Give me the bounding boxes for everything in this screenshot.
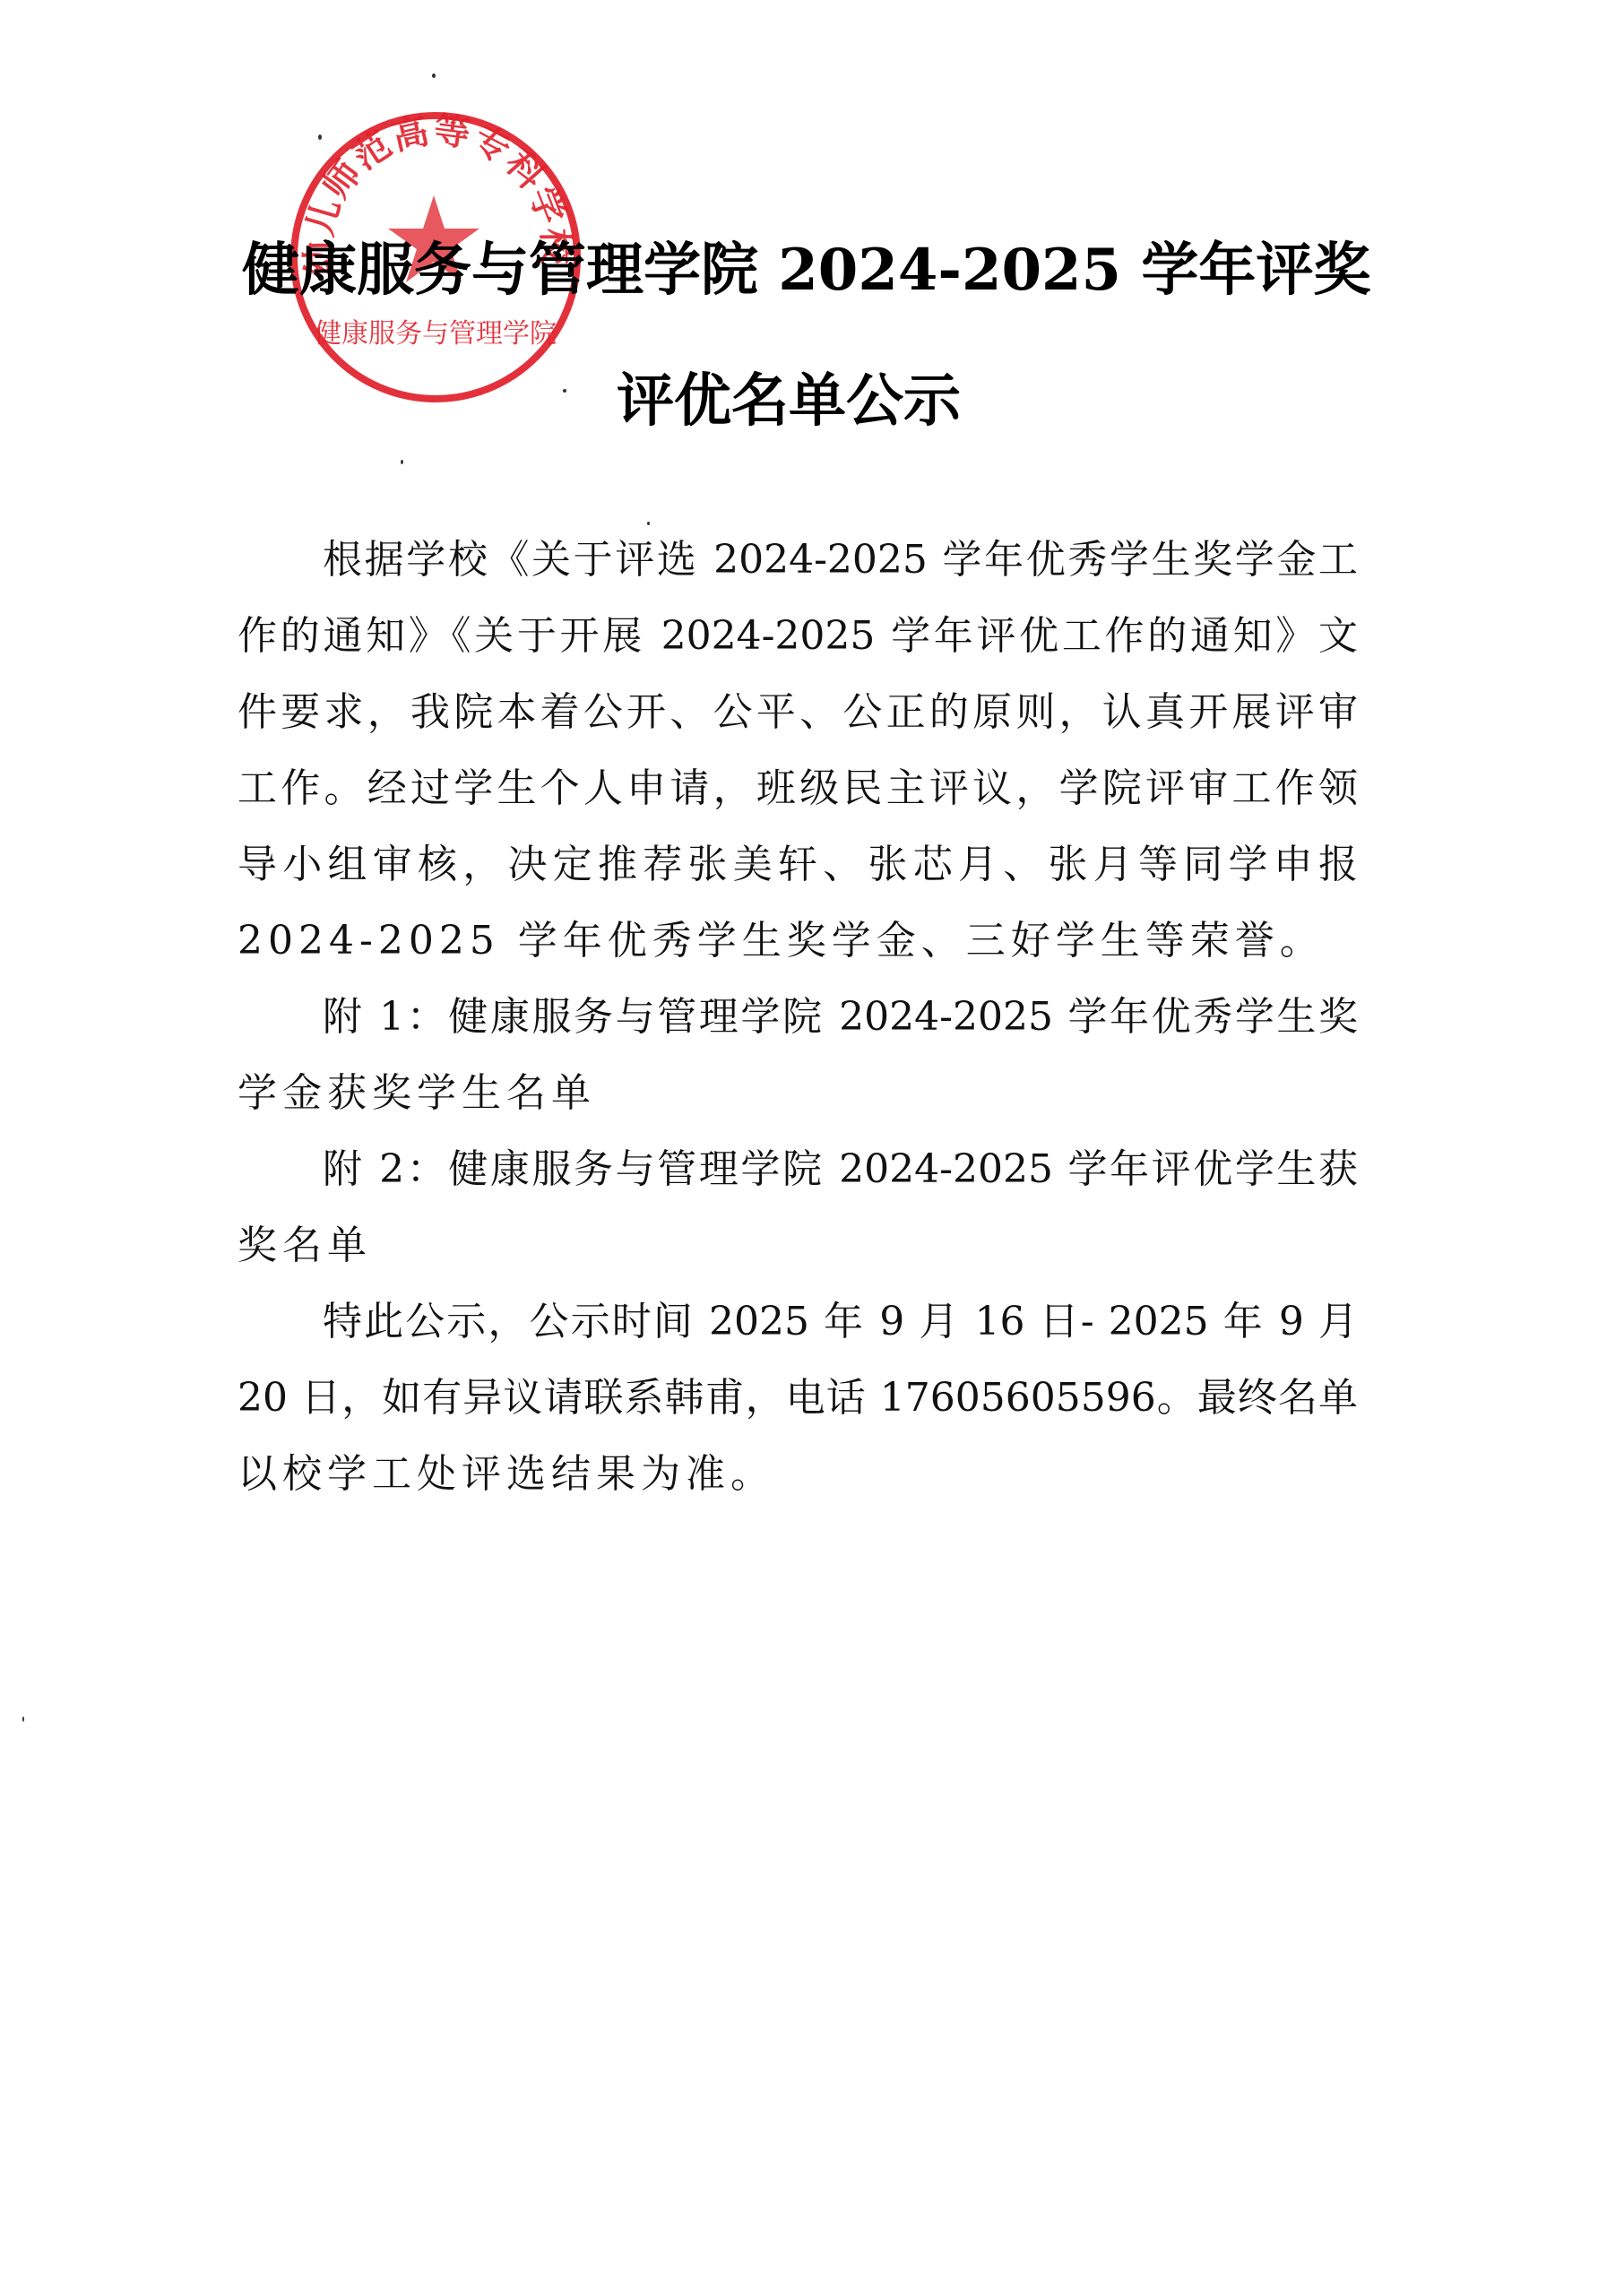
attachment-2-line: 附 2：健康服务与管理学院 2024-2025 学年评优学生获 (323, 1131, 1358, 1207)
body-paragraph-line: 工作。经过学生个人申请，班级民主评议，学院评审工作领 (238, 750, 1358, 826)
scan-speck (647, 522, 650, 525)
body-paragraph-line: 2024-2025 学年优秀学生奖学金、三好学生等荣誉。 (238, 903, 1358, 979)
body-paragraph-line: 导小组审核，决定推荐张美轩、张芯月、张月等同学申报 (238, 826, 1358, 903)
body-paragraph-line: 件要求，我院本着公开、公平、公正的原则，认真开展评审 (238, 674, 1358, 750)
attachment-1-line: 学金获奖学生名单 (238, 1055, 1358, 1131)
scan-speck (22, 1716, 24, 1722)
page-title-line-1: 健康服务与管理学院 2024-2025 学年评奖 (242, 235, 1355, 307)
body-paragraph-line: 作的通知》《关于开展 2024-2025 学年评优工作的通知》文 (238, 598, 1358, 674)
notice-final-line: 以校学工处评选结果为准。 (238, 1436, 1358, 1512)
scan-speck (401, 460, 403, 464)
attachment-1-line: 附 1：健康服务与管理学院 2024-2025 学年优秀学生奖 (323, 979, 1358, 1055)
attachment-2-line: 奖名单 (238, 1207, 1358, 1283)
document-page: 幼儿师范高等专科学校 健康服务与管理学院 健康服务与管理学院 2024-2025… (0, 0, 1624, 2273)
scan-speck (318, 134, 322, 140)
scan-speck (563, 389, 566, 393)
scan-speck (432, 73, 436, 78)
seal-inner-text: 健康服务与管理学院 (315, 318, 557, 350)
body-paragraph-line: 根据学校《关于评选 2024-2025 学年优秀学生奖学金工 (323, 522, 1358, 598)
notice-contact-line: 20 日，如有异议请联系韩甫，电话 17605605596。最终名单 (238, 1360, 1358, 1436)
page-title-line-2: 评优名单公示 (617, 366, 961, 437)
notice-period-line: 特此公示，公示时间 2025 年 9 月 16 日- 2025 年 9 月 (323, 1283, 1358, 1360)
